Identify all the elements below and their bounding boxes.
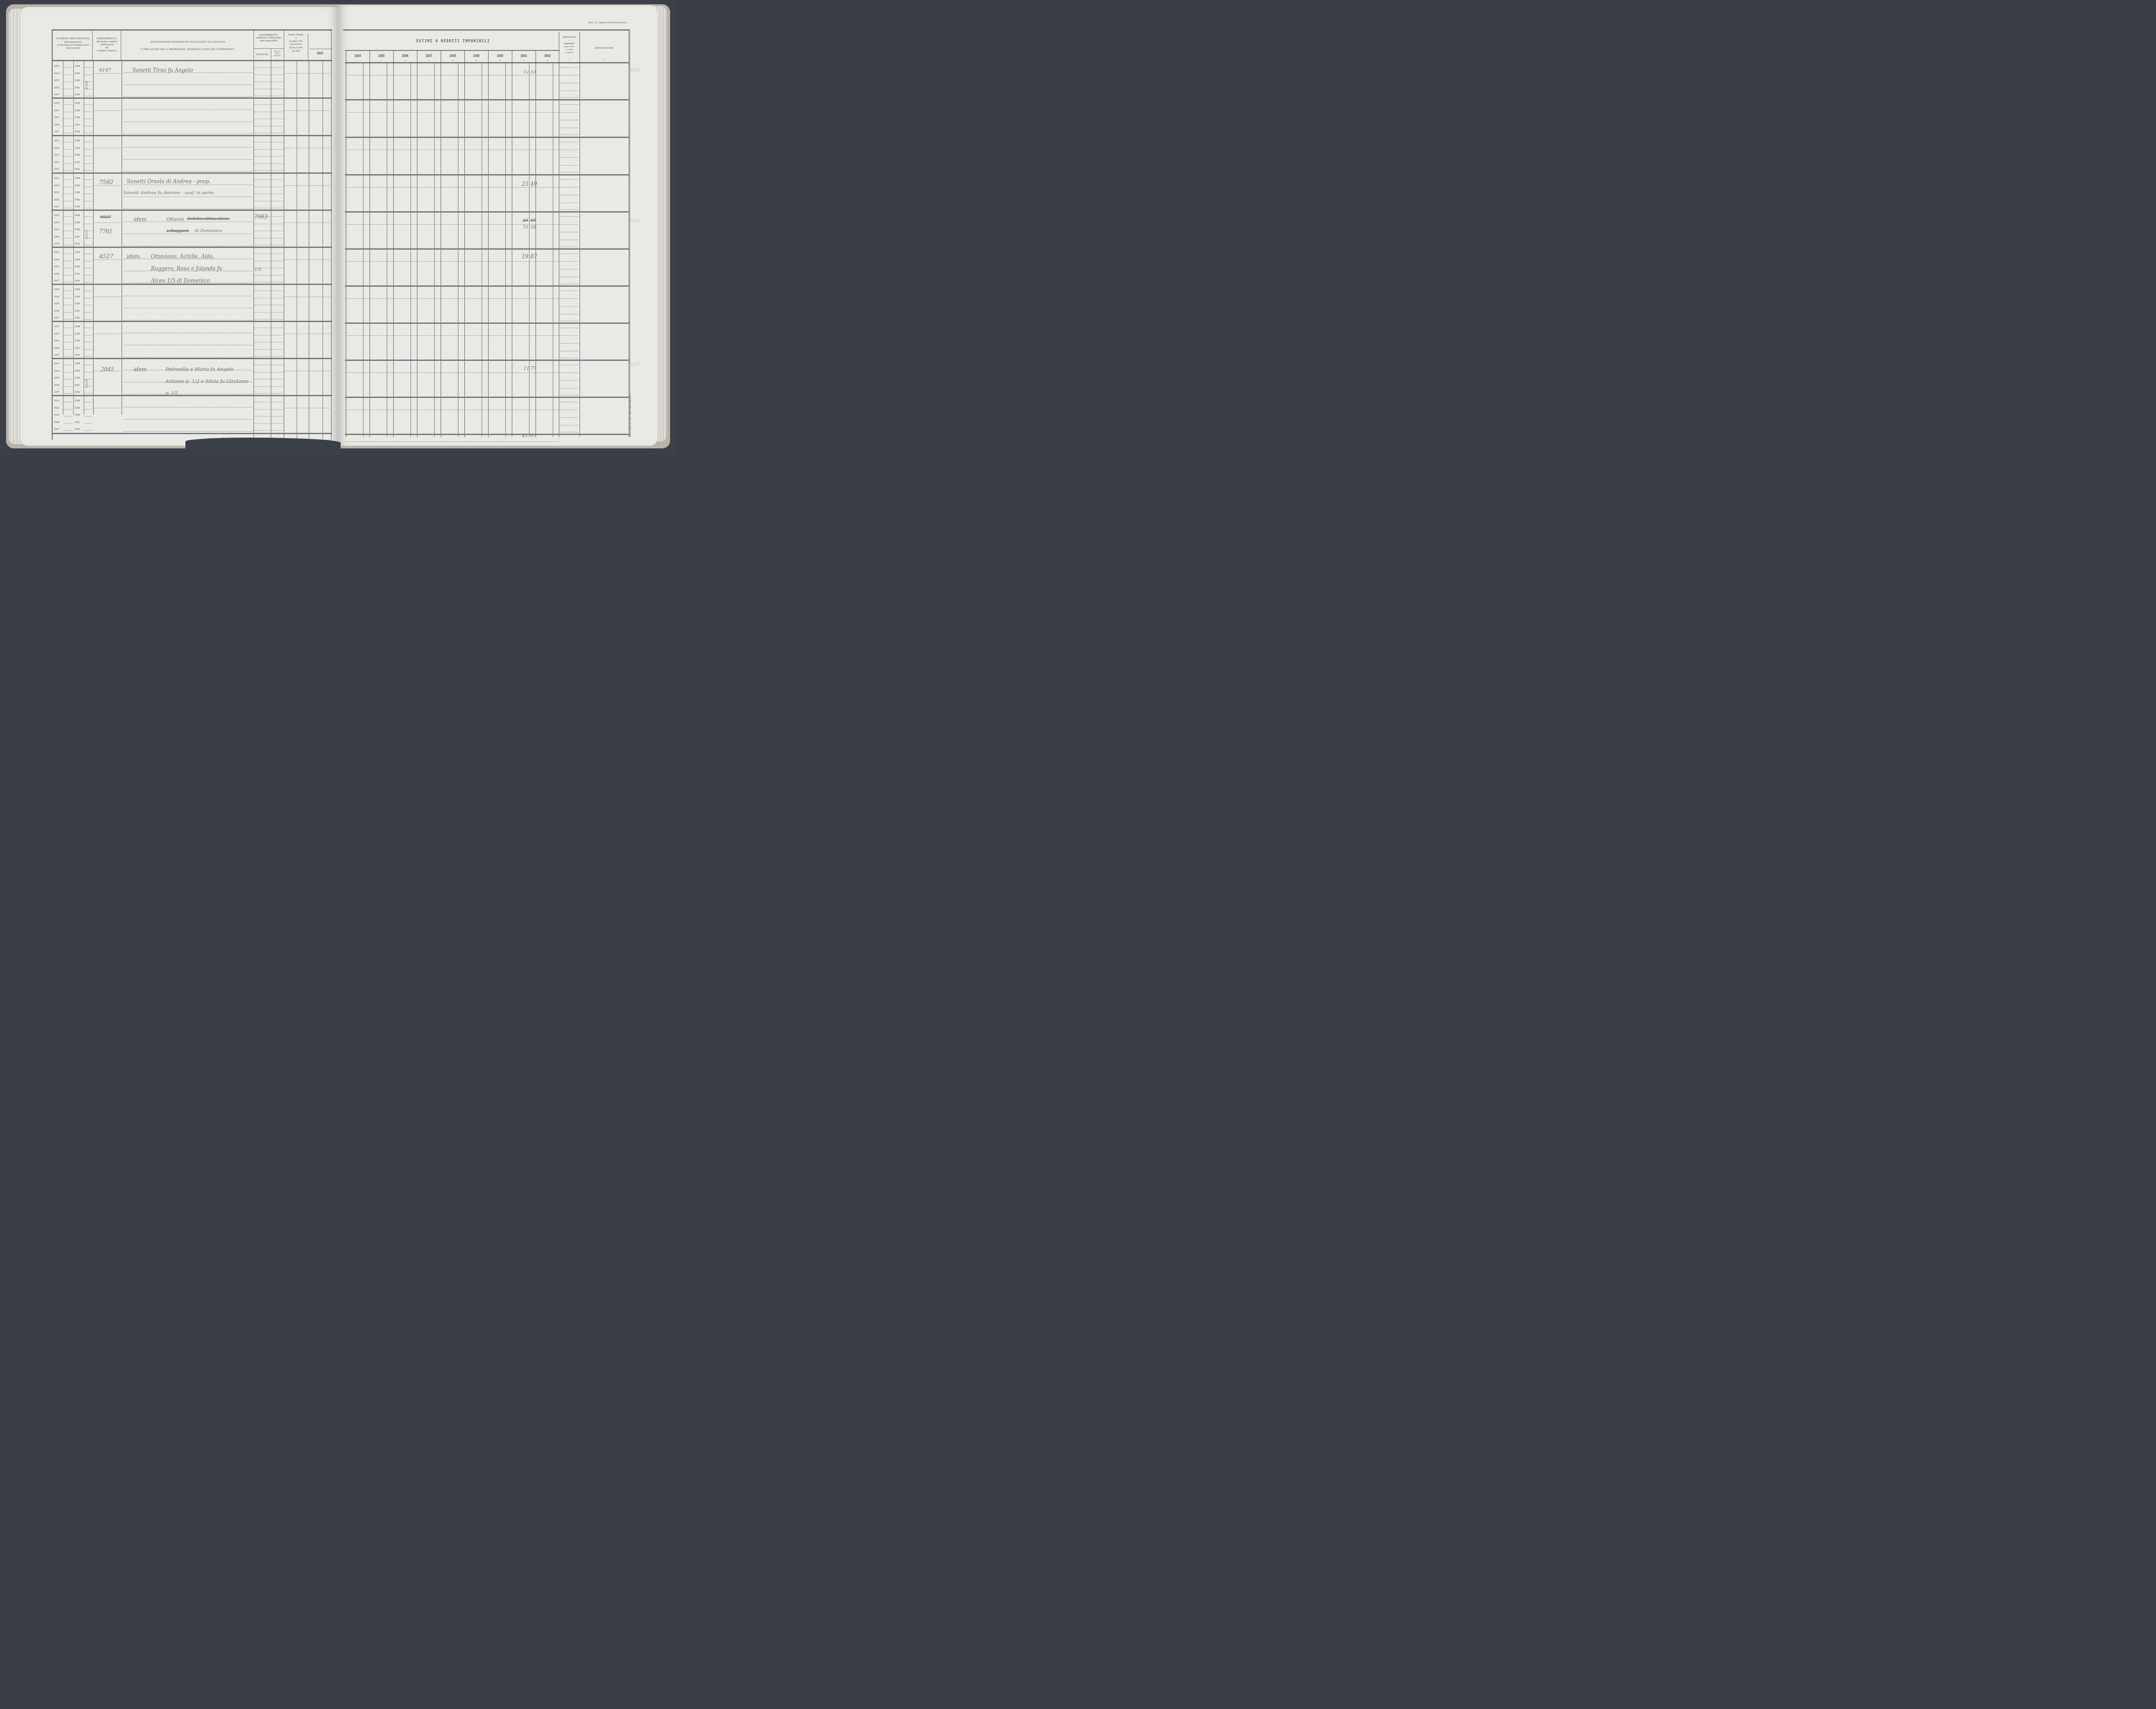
value-1941-lire: 25 [522, 181, 528, 187]
header-estimi-1931: di base ai ruoli [284, 47, 308, 50]
header-numero-progressivo: NUMERO PROGRESSIVO [53, 37, 92, 40]
year-label: 1937 [54, 391, 59, 394]
header-estimi-1931: che servirono [284, 43, 308, 46]
intestazione-line: Sanetti Andrea fu Antonio - usuf. in par… [123, 191, 215, 195]
year-label: 1934 [54, 369, 59, 372]
year-label: 1942 [75, 391, 80, 394]
year-label: 1941 [75, 272, 80, 275]
year-label: 1938 [75, 214, 80, 217]
year-label: 1939 [75, 407, 80, 410]
year-label: 1939 [75, 221, 80, 224]
year-label: 1935 [54, 116, 59, 119]
year-label: 1933 [54, 362, 59, 365]
year-label: 1937 [54, 428, 59, 431]
year-label: 1936 [54, 235, 59, 238]
year-label: 1933 [54, 65, 59, 68]
side-number: 2325 [85, 230, 88, 239]
value-1941-lire: 12 [523, 70, 529, 75]
year-label: 1941 [75, 198, 80, 201]
partita-number: 7781 [99, 228, 113, 235]
partita-number: 2045 [101, 366, 114, 372]
year-label: 1940 [75, 79, 80, 82]
header-intestazioni: INTESTAZIONI NOMINATIVE RISULTANTI IN CA… [122, 41, 254, 44]
year-label: 1938 [75, 399, 80, 402]
header-year-1933: 1933 [311, 51, 329, 55]
column-number: 11 [417, 59, 441, 61]
year-label: 1933 [54, 251, 59, 254]
year-label: 1938 [75, 177, 80, 180]
header-estimi-1931: Estimi o Redditi [284, 34, 308, 37]
header-esenzioni-line: o redditi [559, 48, 580, 51]
year-label: 1934 [54, 332, 59, 335]
year-label: 1942 [75, 316, 80, 319]
year-label: 1935 [54, 413, 59, 416]
year-label: 1937 [54, 168, 59, 171]
header-numero-line: da riportarsi nei rispettivi ruoli [53, 44, 92, 47]
header-year-1936: 1936 [396, 53, 415, 58]
year-label: 1937 [54, 205, 59, 208]
riferimento-quota: 1/5 [254, 267, 261, 272]
idem-label: idem. [127, 254, 141, 260]
column-number: 18 [580, 59, 628, 61]
year-label: 1937 [54, 354, 59, 357]
year-label: 1941 [75, 161, 80, 164]
year-label: 1942 [75, 279, 80, 282]
year-label: 1933 [54, 325, 59, 328]
intestazione-line: Alceo 1/5 di Domenico [151, 278, 210, 284]
header-specie: Imposta [271, 55, 284, 57]
year-label: 1940 [75, 116, 80, 119]
side-number: 2326 [85, 379, 88, 388]
header-riferimenti: RIFERIMENTI [254, 34, 284, 37]
partita-number: 4527 [99, 254, 113, 260]
value-1941-cent: 49 [530, 181, 537, 187]
margin-note: 3/57 [630, 218, 640, 224]
year-label: 1940 [75, 302, 80, 305]
year-label: 1933 [54, 288, 59, 291]
header-riferimenti-line: sussidiari e delle partite [254, 37, 284, 40]
column-number: 7 [309, 57, 331, 59]
intestazione-struck: Achille, Alda, Alceo [187, 216, 229, 221]
header-esenzioni: ESENZIONI [559, 36, 580, 39]
left-ledger-table: NUMERO PROGRESSIVO delle intestazioni da… [52, 29, 332, 440]
year-label: 1936 [54, 310, 59, 313]
partita-number: 7592 [99, 179, 113, 186]
year-label: 1933 [54, 214, 59, 217]
year-label: 1940 [75, 265, 80, 268]
header-estimi-1931: del 1932 [284, 50, 308, 53]
value-1941-lire: 11 [523, 366, 530, 371]
intestazione-line: p. 1/2 [166, 391, 178, 395]
year-label: 1941 [75, 384, 80, 387]
intestazione-line: Sanetti Orsola di Andrea - prop. [127, 178, 211, 185]
year-label: 1935 [54, 153, 59, 157]
margin-note: 3/56 [630, 67, 640, 73]
year-label: 1938 [75, 288, 80, 291]
column-number: 5 [271, 58, 284, 60]
year-label: 1938 [75, 139, 80, 142]
year-label: 1941 [75, 310, 80, 313]
year-label: 1938 [75, 325, 80, 328]
year-label: 1939 [75, 258, 80, 261]
value-1941-cent: 87 [530, 254, 537, 260]
year-label: 1936 [54, 384, 59, 387]
year-label: 1936 [54, 161, 59, 164]
year-label: 1934 [54, 295, 59, 298]
value-1941-cent: 35 [530, 225, 536, 230]
header-year-1938: 1938 [443, 53, 462, 58]
value-1941-cent: 33 [530, 70, 536, 75]
column-number: 15 [512, 59, 536, 61]
year-label: 1933 [54, 399, 59, 402]
idem-label: idem [134, 366, 147, 372]
year-label: 1939 [75, 72, 80, 75]
year-label: 1939 [75, 369, 80, 372]
header-esenzioni-line: degli estimi [559, 45, 580, 48]
value-1941-cent-struck: 87 [530, 218, 536, 223]
year-label: 1936 [54, 123, 59, 126]
year-label: 1936 [54, 198, 59, 201]
year-label: 1942 [75, 93, 80, 96]
column-number: 17 [559, 59, 580, 61]
year-label: 1937 [54, 130, 59, 133]
year-label: 1935 [54, 339, 59, 342]
year-label: 1940 [75, 376, 80, 379]
year-label: 1933 [54, 102, 59, 105]
year-label: 1940 [75, 228, 80, 231]
intestazione-line: Ottaviano, Achille, Alda, [151, 254, 215, 260]
column-number: 12 [441, 59, 464, 61]
year-label: 1934 [54, 109, 59, 112]
intestazione-struck: e Ruggero [166, 228, 189, 233]
riferimento-partita: 7983 [254, 214, 268, 220]
intestazione-line: Ruggero, Rosa e Jolanda fu [151, 266, 222, 272]
header-esenzioni-dash: — [559, 39, 580, 42]
header-year-1940: 1940 [491, 53, 510, 58]
column-number: 16 [536, 59, 559, 61]
header-annotazioni: ANNOTAZIONI [580, 47, 628, 50]
year-label: 1941 [75, 86, 80, 89]
header-estimi-1931: 31 agosto 1931 [284, 40, 308, 43]
year-label: 1940 [75, 191, 80, 194]
column-number: 10 [393, 59, 417, 61]
year-label: 1941 [75, 421, 80, 424]
year-label: 1935 [54, 376, 59, 379]
header-riferimento-line: Comune censuario [93, 50, 121, 53]
header-riferimento-line: o indicazioni [93, 44, 121, 47]
year-label: 1933 [54, 139, 59, 142]
year-label: 1935 [54, 265, 59, 268]
year-label: 1936 [54, 347, 59, 350]
header-riferimento-line: del [93, 47, 121, 50]
right-ledger-table: ESTIMI O REDDITI IMPONIBILI 193481935919… [343, 29, 628, 437]
year-label: 1941 [75, 123, 80, 126]
year-label: 1934 [54, 72, 59, 75]
header-estimi-1931: al [284, 37, 308, 40]
header-year-1941: 1941 [514, 53, 533, 58]
header-numero-line: degli esercizi [53, 47, 92, 50]
year-label: 1938 [75, 102, 80, 105]
intestazione-line: di Domenico [195, 228, 222, 233]
header-riferimento-line: alla partita catastale [93, 41, 121, 44]
header-riferimento: RIFERIMENTO [93, 37, 121, 40]
year-label: 1936 [54, 86, 59, 89]
year-label: 1942 [75, 205, 80, 208]
torn-page-edge [185, 438, 341, 451]
year-label: 1939 [75, 147, 80, 150]
year-label: 1939 [75, 184, 80, 187]
intestazione-line: Antonio p. 1/2 e Silvia fu Girolamo [166, 379, 248, 384]
column-number: 6 [284, 57, 308, 59]
column-number: 4 [254, 57, 271, 59]
header-year-1939: 1939 [467, 53, 486, 58]
year-label: 1937 [54, 93, 59, 96]
year-label: 1939 [75, 295, 80, 298]
year-label: 1941 [75, 235, 80, 238]
printer-footer: (4103531) Roma, 1931 - Anno X - Istituto… [630, 393, 631, 436]
year-label: 1935 [54, 79, 59, 82]
year-label: 1939 [75, 109, 80, 112]
year-label: 1942 [75, 168, 80, 171]
intestazione-line: Petronilla e Maria fu Angelo [166, 366, 233, 372]
header-riferimenti-line: senza imponibile [254, 40, 284, 43]
year-label: 1934 [54, 147, 59, 150]
year-label: 1934 [54, 407, 59, 410]
intestazione-line: Ottavio [166, 216, 184, 222]
header-year-1935: 1935 [372, 53, 391, 58]
year-label: 1942 [75, 130, 80, 133]
total-1941-cent: 97 [530, 434, 536, 438]
value-1941-lire: 19 [522, 254, 528, 260]
value-1941-cent: 77 [530, 366, 536, 371]
year-label: 1937 [54, 242, 59, 245]
column-number: 13 [464, 59, 488, 61]
form-model-label: Mod. 111 - Imposte Dirette (Intercalare)… [588, 22, 627, 24]
header-year-1937: 1937 [420, 53, 439, 58]
column-number: 8 [346, 59, 370, 61]
year-label: 1937 [54, 279, 59, 282]
header-numero-line: delle intestazioni [53, 41, 92, 44]
year-label: 1942 [75, 242, 80, 245]
year-label: 1940 [75, 153, 80, 157]
year-label: 1938 [75, 65, 80, 68]
partita-number: 6147 [99, 67, 111, 73]
year-label: 1940 [75, 339, 80, 342]
header-estimi-imponibili: ESTIMI O REDDITI IMPONIBILI [343, 40, 563, 43]
header-esenzioni-line: e scadenze [559, 51, 580, 54]
right-page: Mod. 111 - Imposte Dirette (Intercalare)… [338, 5, 657, 446]
margin-note: 3/77 [630, 362, 640, 368]
year-label: 1936 [54, 272, 59, 275]
year-label: 1935 [54, 191, 59, 194]
idem-label: idem [134, 216, 147, 222]
column-number: 3 [122, 57, 254, 59]
partita-number-struck: 4527 [100, 215, 111, 219]
intestazione-line: Sanetti Tirso fu Angelo [132, 67, 193, 73]
header-year-1942: 1942 [538, 53, 557, 58]
column-number: 14 [488, 59, 512, 61]
value-1941-lire-struck: 19 [523, 218, 528, 223]
year-label: 1942 [75, 428, 80, 431]
year-label: 1942 [75, 354, 80, 357]
year-label: 1934 [54, 184, 59, 187]
column-number: 2 [93, 57, 121, 59]
year-label: 1935 [54, 302, 59, 305]
side-number: 2324 [85, 81, 88, 90]
column-number: 1 [53, 57, 92, 59]
header-partite: PARTITE [254, 53, 271, 56]
year-label: 1940 [75, 413, 80, 416]
column-number: 9 [370, 59, 393, 61]
header-esenzioni-line: Ammontare [559, 42, 580, 45]
year-label: 1934 [54, 258, 59, 261]
year-label: 1936 [54, 421, 59, 424]
year-label: 1939 [75, 332, 80, 335]
left-page: NUMERO PROGRESSIVO delle intestazioni da… [21, 7, 338, 446]
year-label: 1934 [54, 221, 59, 224]
year-label: 1933 [54, 177, 59, 180]
year-label: 1935 [54, 228, 59, 231]
value-1941-lire: 73 [523, 225, 528, 230]
header-year-1934: 1934 [348, 53, 367, 58]
year-label: 1937 [54, 316, 59, 319]
year-label: 1938 [75, 362, 80, 365]
header-intestazioni-subtitle: E INDICAZIONE DELLA PROFESSIONE, RESIDEN… [122, 48, 254, 51]
year-label: 1941 [75, 347, 80, 350]
year-label: 1938 [75, 251, 80, 254]
total-1941-lire: 43 [522, 434, 527, 438]
